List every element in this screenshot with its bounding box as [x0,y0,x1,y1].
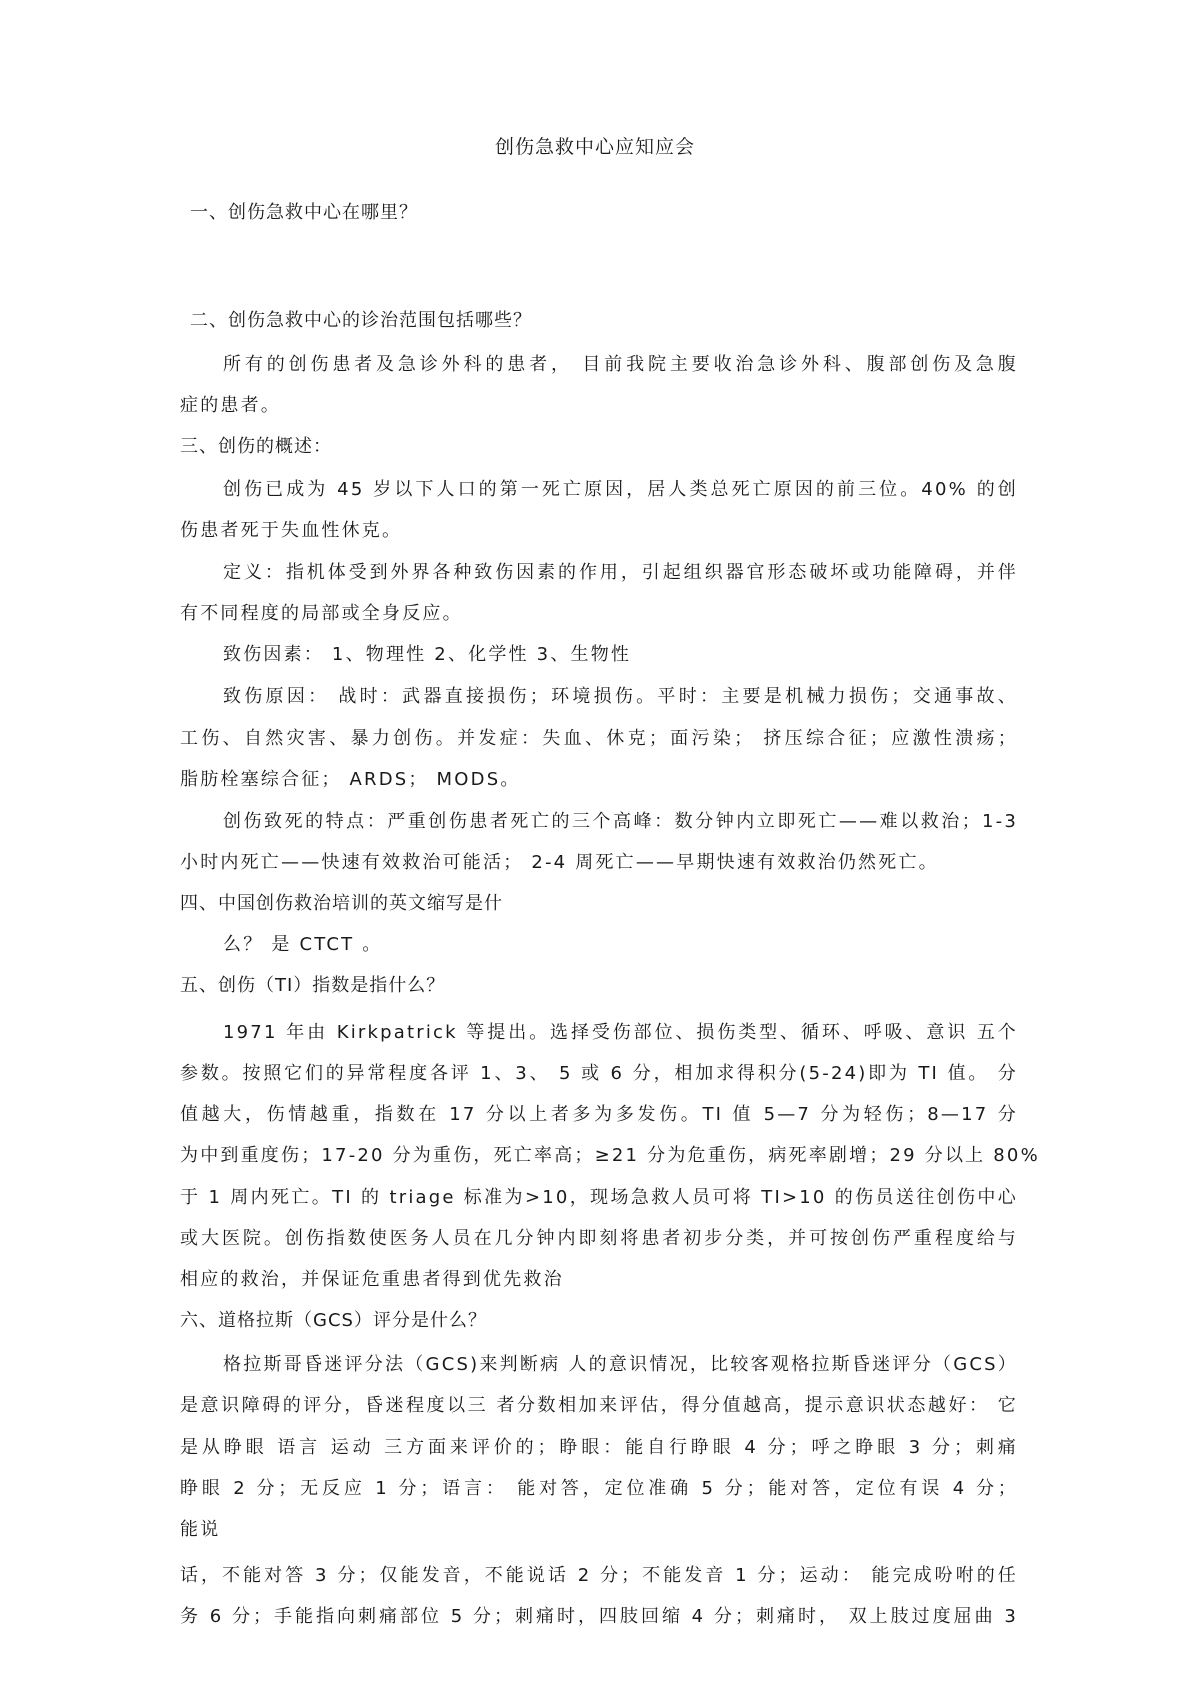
paragraph-line: 致伤原因： 战时：武器直接损伤；环境损伤。平时：主要是机械力损伤；交通事故、 [223,685,1018,709]
paragraph-line: 是意识障碍的评分，昏迷程度以三 者分数相加来评估，得分值越高，提示意识状态越好：… [180,1394,1018,1418]
section-heading: 五、创伤（TI）指数是指什么？ [180,974,1020,998]
paragraph-line: 务 6 分；手能指向刺痛部位 5 分；刺痛时，四肢回缩 4 分；刺痛时， 双上肢… [180,1605,1018,1629]
paragraph-line: 定义：指机体受到外界各种致伤因素的作用，引起组织器官形态破坏或功能障碍，并伴 [223,561,1018,585]
section-heading: 六、道格拉斯（GCS）评分是什么？ [180,1309,1020,1333]
section-heading: 三、创伤的概述： [180,435,1020,459]
paragraph-line: 脂肪栓塞综合征； ARDS； MODS。 [180,768,1020,792]
paragraph-line: 么？ 是 CTCT 。 [223,933,1063,957]
paragraph-line: 伤患者死于失血性休克。 [180,519,1020,543]
paragraph-line: 值越大，伤情越重，指数在 17 分以上者多为多发伤。TI 值 5—7 分为轻伤；… [180,1103,1018,1127]
section-heading: 二、创伤急救中心的诊治范围包括哪些？ [190,309,1030,333]
paragraph-line: 相应的救治，并保证危重患者得到优先救治 [180,1268,1020,1292]
paragraph-line: 创伤已成为 45 岁以下人口的第一死亡原因，居人类总死亡原因的前三位。40% 的… [223,478,1018,502]
paragraph-line: 致伤因素： 1、物理性 2、化学性 3、生物性 [223,643,1063,667]
paragraph-line: 参数。按照它们的异常程度各评 1、3、 5 或 6 分，相加求得积分(5-24)… [180,1062,1018,1086]
paragraph-line: 症的患者。 [180,394,1020,418]
paragraph-line: 所有的创伤患者及急诊外科的患者， 目前我院主要收治急诊外科、腹部创伤及急腹 [223,353,1018,377]
paragraph-line: 睁眼 2 分；无反应 1 分；语言： 能对答，定位准确 5 分；能对答，定位有误… [180,1477,1018,1501]
paragraph-line: 是从睁眼 语言 运动 三方面来评价的；睁眼：能自行睁眼 4 分；呼之睁眼 3 分… [180,1436,1018,1460]
paragraph-line: 能说 [180,1518,1020,1542]
paragraph-line: 为中到重度伤；17-20 分为重伤，死亡率高；≥21 分为危重伤，病死率剧增；2… [180,1144,1018,1168]
paragraph-line: 话，不能对答 3 分；仅能发音，不能说话 2 分；不能发音 1 分；运动： 能完… [180,1564,1018,1588]
section-heading: 一、创伤急救中心在哪里？ [190,201,1030,225]
document-title: 创伤急救中心应知应会 [0,132,1190,159]
paragraph-line: 格拉斯哥昏迷评分法（GCS)来判断病 人的意识情况，比较客观格拉斯昏迷评分（GC… [223,1353,1018,1377]
paragraph-line: 于 1 周内死亡。TI 的 triage 标准为>10，现场急救人员可将 TI>… [180,1186,1018,1210]
paragraph-line: 1971 年由 Kirkpatrick 等提出。选择受伤部位、损伤类型、循环、呼… [223,1021,1018,1045]
paragraph-line: 或大医院。创伤指数使医务人员在几分钟内即刻将患者初步分类，并可按创伤严重程度给与 [180,1227,1018,1251]
paragraph-line: 工伤、自然灾害、暴力创伤。并发症：失血、休克；面污染； 挤压综合征；应激性溃疡； [180,727,1018,751]
section-heading: 四、中国创伤救治培训的英文缩写是什 [180,892,1020,916]
paragraph-line: 有不同程度的局部或全身反应。 [180,602,1020,626]
document-page: 创伤急救中心应知应会 一、创伤急救中心在哪里？二、创伤急救中心的诊治范围包括哪些… [0,0,1190,1684]
paragraph-line: 创伤致死的特点：严重创伤患者死亡的三个高峰：数分钟内立即死亡——难以救治；1-3 [223,810,1018,834]
paragraph-line: 小时内死亡——快速有效救治可能活； 2-4 周死亡——早期快速有效救治仍然死亡。 [180,851,1020,875]
